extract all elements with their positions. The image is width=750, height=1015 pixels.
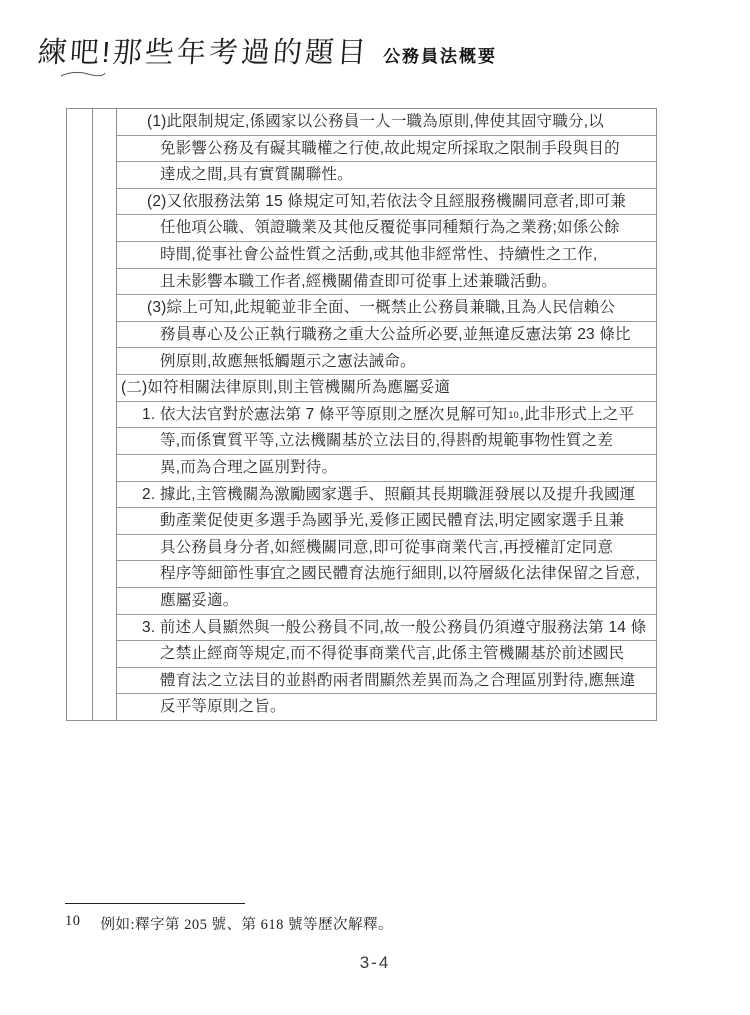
table-row: 之禁止經商等規定,而不得從事商業代言,此係主管機關基於前述國民 <box>117 641 656 668</box>
table-row: 免影響公務及有礙其職權之行使,故此規定所採取之限制手段與目的 <box>117 136 656 163</box>
table-row: 動產業促使更多選手為國爭光,爰修正國民體育法,明定國家選手且兼 <box>117 508 656 535</box>
row-text: 體育法之立法目的並斟酌兩者間顯然差異而為之合理區別對待,應無違 <box>160 673 636 689</box>
row-text: 務員專心及公正執行職務之重大公益所必要,並無違反憲法第 23 條比 <box>160 327 631 343</box>
page-header: 練吧!那些年考過的題目 公務員法概要 <box>38 30 497 71</box>
table-row: 例原則,故應無牴觸題示之憲法誡命。 <box>117 348 656 375</box>
row-text: (2)又依服務法第 15 條規定可知,若依法令且經服務機關同意者,即可兼 <box>147 194 626 210</box>
table-row: 等,而係實質平等,立法機關基於立法目的,得斟酌規範事物性質之差 <box>117 428 656 455</box>
answer-sheet-table: (1)此限制規定,係國家以公務員一人一職為原則,俾使其固守職分,以免影響公務及有… <box>66 108 657 721</box>
margin-column-2 <box>93 109 117 720</box>
row-text: 時間,從事社會公益性質之活動,或其他非經常性、持續性之工作, <box>160 247 597 263</box>
page-number: 3-4 <box>0 953 750 973</box>
table-row: 體育法之立法目的並斟酌兩者間顯然差異而為之合理區別對待,應無違 <box>117 668 656 695</box>
row-text: 任他項公職、領證職業及其他反覆從事同種類行為之業務;如係公餘 <box>160 220 620 236</box>
row-text: 達成之間,具有實質關聯性。 <box>160 167 353 183</box>
row-text: 應屬妥適。 <box>160 593 239 609</box>
table-row: 反平等原則之旨。 <box>117 694 656 720</box>
table-row: (1)此限制規定,係國家以公務員一人一職為原則,俾使其固守職分,以 <box>117 109 656 136</box>
table-row: (3)綜上可知,此規範並非全面、一概禁止公務員兼職,且為人民信賴公 <box>117 295 656 322</box>
row-text: 例原則,故應無牴觸題示之憲法誡命。 <box>160 354 416 370</box>
footnote-text: 例如:釋字第 205 號、第 618 號等歷次解釋。 <box>101 913 394 934</box>
row-text: 之禁止經商等規定,而不得從事商業代言,此係主管機關基於前述國民 <box>160 646 624 662</box>
row-text: 3. 前述人員顯然與一般公務員不同,故一般公務員仍須遵守服務法第 14 條 <box>142 620 646 636</box>
table-row: (二)如符相關法律原則,則主管機關所為應屬妥適 <box>117 375 656 402</box>
table-row: 2. 據此,主管機關為激勵國家選手、照顧其長期職涯發展以及提升我國運 <box>117 482 656 509</box>
row-text: (二)如符相關法律原則,則主管機關所為應屬妥適 <box>121 380 450 396</box>
table-row: 異,而為合理之區別對待。 <box>117 455 656 482</box>
row-text: 2. 據此,主管機關為激勵國家選手、照顧其長期職涯發展以及提升我國運 <box>142 487 635 503</box>
table-row: 程序等細節性事宜之國民體育法施行細則,以符層級化法律保留之旨意, <box>117 561 656 588</box>
row-text: 異,而為合理之區別對待。 <box>160 460 337 476</box>
row-text: 反平等原則之旨。 <box>160 699 286 715</box>
table-row: 且未影響本職工作者,經機關備查即可從事上述兼職活動。 <box>117 269 656 296</box>
table-row: 應屬妥適。 <box>117 588 656 615</box>
table-row: 具公務員身分者,如經機關同意,即可從事商業代言,再授權訂定同意 <box>117 535 656 562</box>
row-text: (1)此限制規定,係國家以公務員一人一職為原則,俾使其固守職分,以 <box>147 114 604 130</box>
row-text: 程序等細節性事宜之國民體育法施行細則,以符層級化法律保留之旨意, <box>160 566 640 582</box>
footnote-divider <box>65 903 245 904</box>
table-row: 時間,從事社會公益性質之活動,或其他非經常性、持續性之工作, <box>117 242 656 269</box>
table-row: (2)又依服務法第 15 條規定可知,若依法令且經服務機關同意者,即可兼 <box>117 189 656 216</box>
title-flourish-icon <box>60 69 106 79</box>
answer-content: (1)此限制規定,係國家以公務員一人一職為原則,俾使其固守職分,以免影響公務及有… <box>117 109 656 720</box>
row-text: 動產業促使更多選手為國爭光,爰修正國民體育法,明定國家選手且兼 <box>160 513 624 529</box>
row-text: 1. 依大法官對於憲法第 7 條平等原則之歷次見解可知 <box>142 407 507 423</box>
table-row: 務員專心及公正執行職務之重大公益所必要,並無違反憲法第 23 條比 <box>117 322 656 349</box>
table-row: 達成之間,具有實質關聯性。 <box>117 162 656 189</box>
margin-column-1 <box>67 109 93 720</box>
series-title: 練吧!那些年考過的題目 <box>37 30 371 71</box>
table-row: 任他項公職、領證職業及其他反覆從事同種類行為之業務;如係公餘 <box>117 215 656 242</box>
table-row: 1. 依大法官對於憲法第 7 條平等原則之歷次見解可知10,此非形式上之平 <box>117 402 656 429</box>
row-text: ,此非形式上之平 <box>520 407 634 423</box>
row-text: 具公務員身分者,如經機關同意,即可從事商業代言,再授權訂定同意 <box>160 540 613 556</box>
footnote: 10 例如:釋字第 205 號、第 618 號等歷次解釋。 <box>65 913 393 934</box>
page: { "header": { "series_title": "練吧!那些年考過的… <box>0 0 750 1015</box>
row-text: (3)綜上可知,此規範並非全面、一概禁止公務員兼職,且為人民信賴公 <box>147 300 615 316</box>
row-text: 且未影響本職工作者,經機關備查即可從事上述兼職活動。 <box>160 274 557 290</box>
row-text: 等,而係實質平等,立法機關基於立法目的,得斟酌規範事物性質之差 <box>160 433 613 449</box>
book-title: 公務員法概要 <box>383 42 497 71</box>
footnote-number: 10 <box>65 913 81 934</box>
table-row: 3. 前述人員顯然與一般公務員不同,故一般公務員仍須遵守服務法第 14 條 <box>117 615 656 642</box>
row-text: 免影響公務及有礙其職權之行使,故此規定所採取之限制手段與目的 <box>160 141 620 157</box>
